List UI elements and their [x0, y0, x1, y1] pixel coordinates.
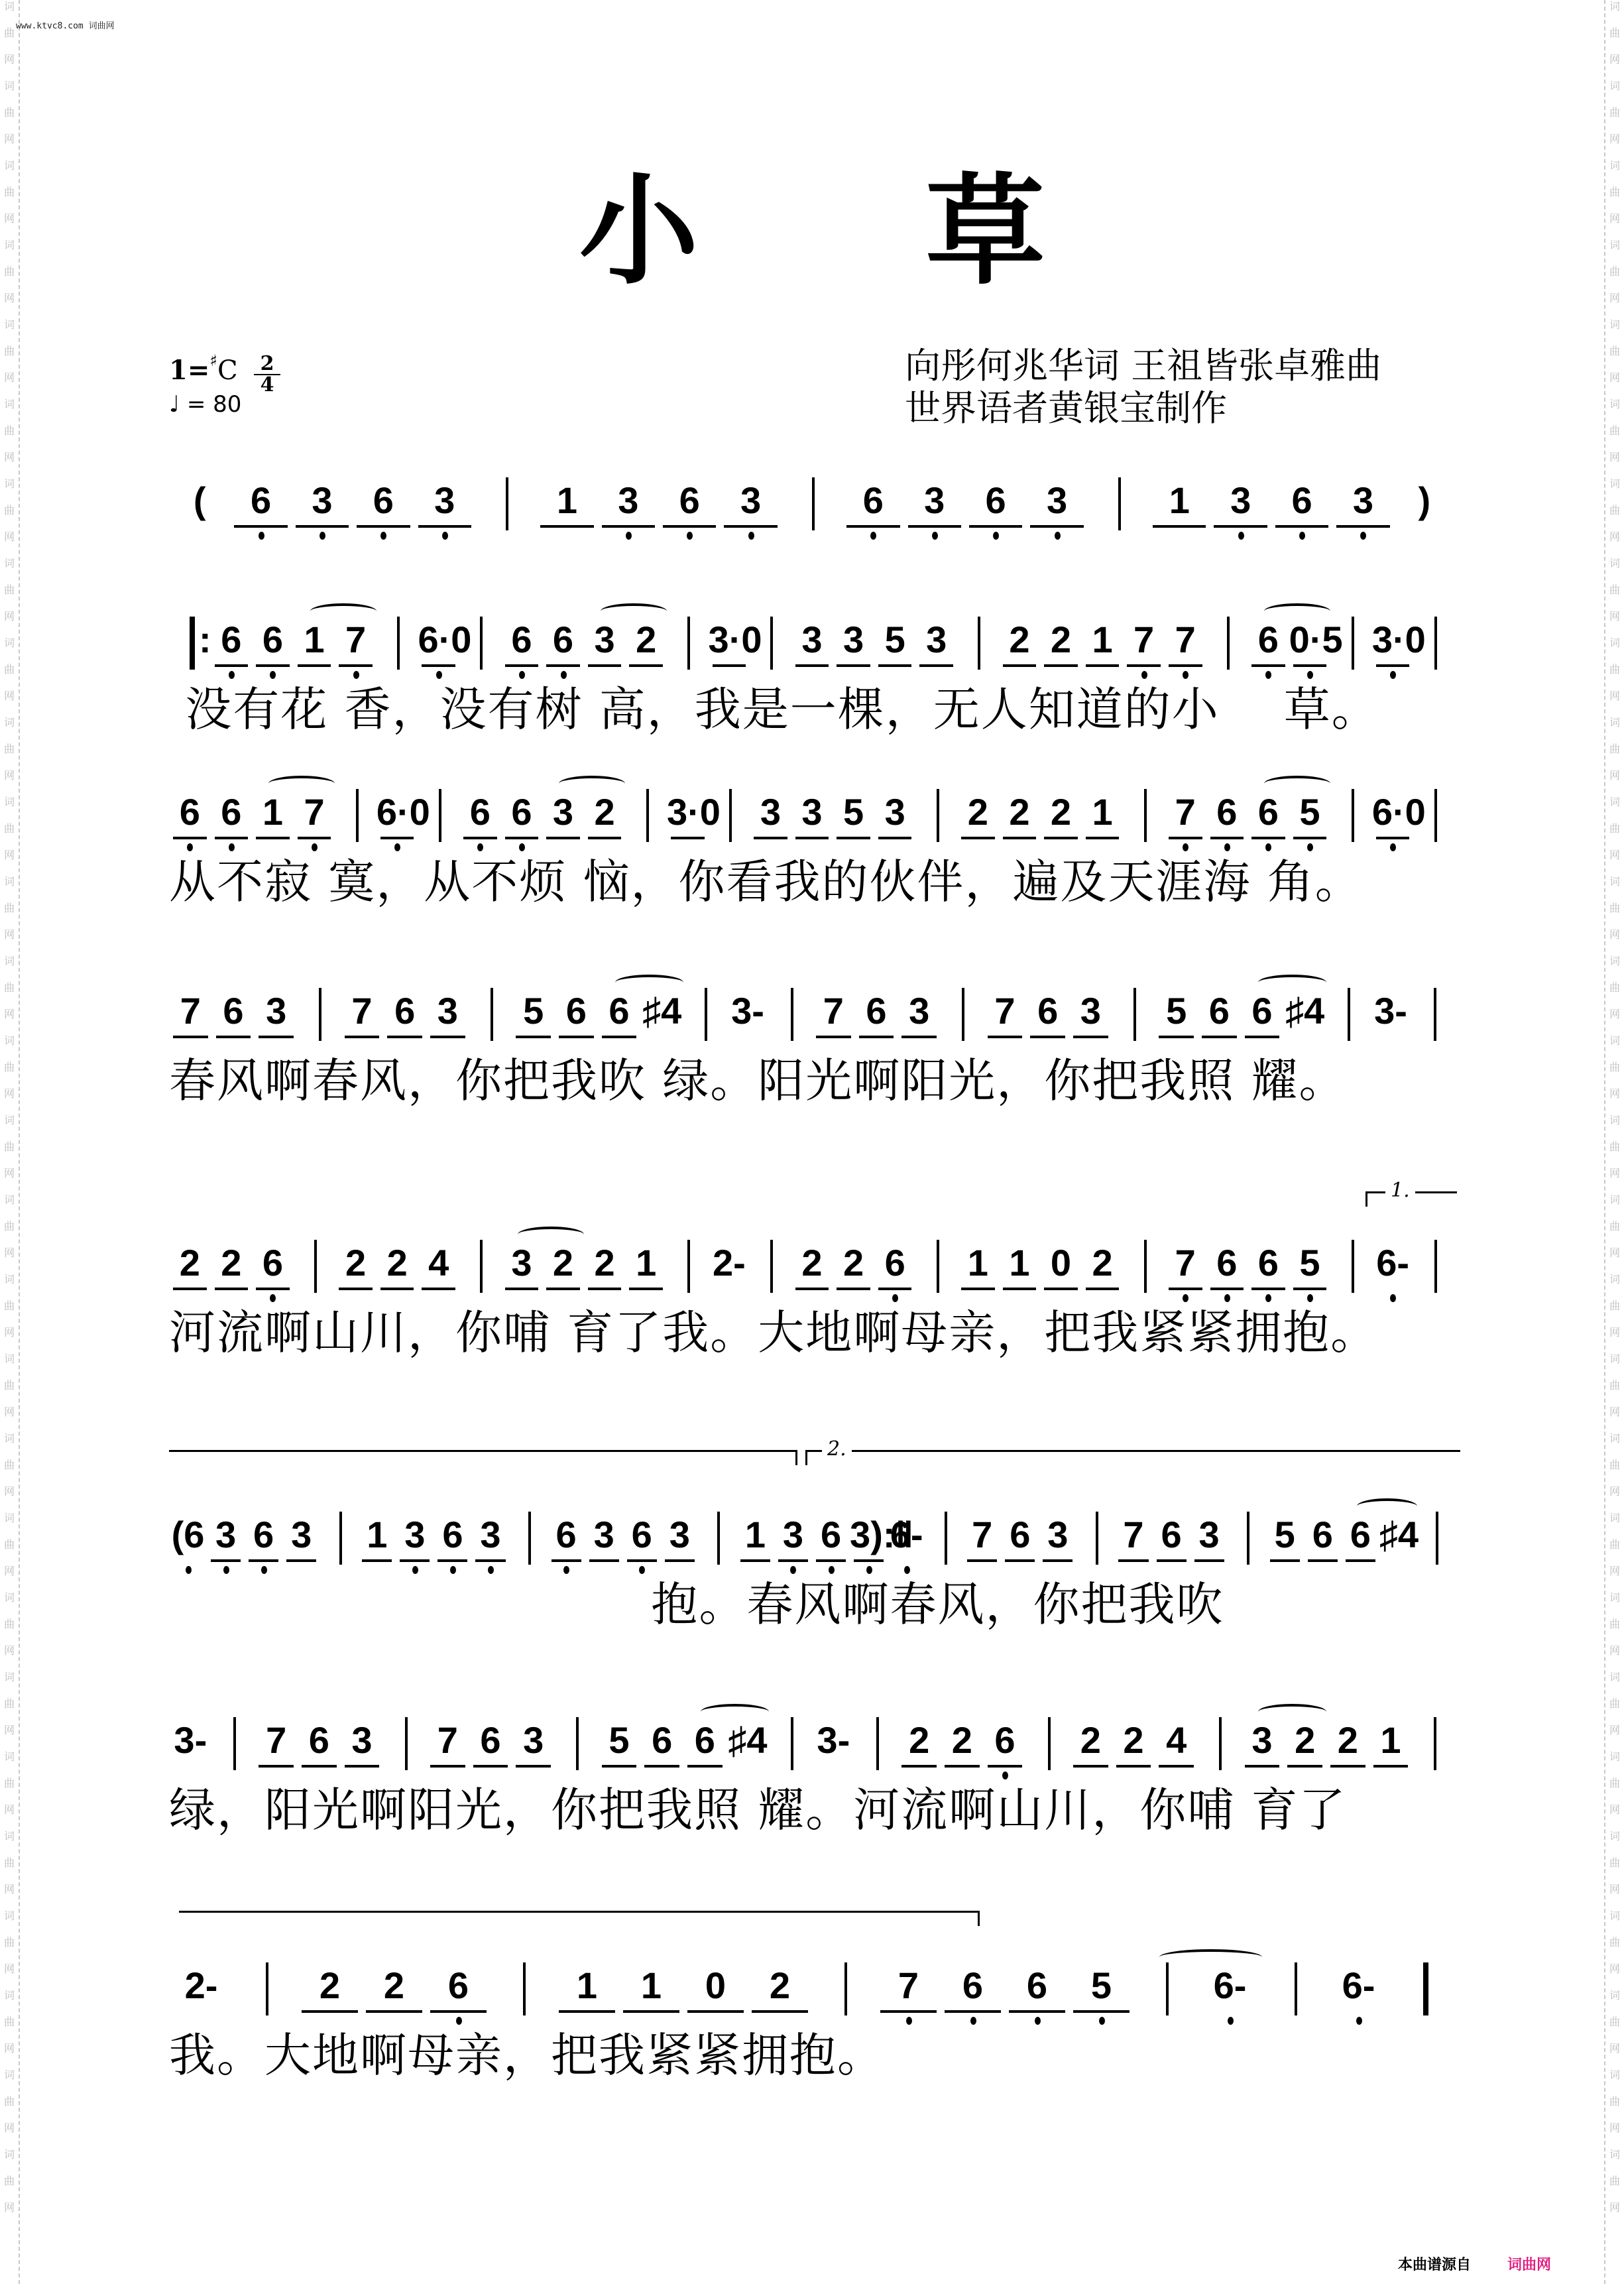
- lower-octave-dot: [1265, 671, 1271, 679]
- watermark-char: 词: [1605, 2069, 1624, 2081]
- barline: [1144, 789, 1147, 842]
- watermark-char: 曲: [0, 2015, 19, 2028]
- underline-beam: [1003, 837, 1037, 839]
- watermark-char: 网: [1605, 1803, 1624, 1816]
- left-watermark-column: 词曲网词曲网词曲网词曲网词曲网词曲网词曲网词曲网词曲网词曲网词曲网词曲网词曲网词…: [0, 0, 20, 2284]
- barline: [356, 789, 359, 842]
- underline-beam: [418, 525, 471, 528]
- barline: [233, 1717, 236, 1770]
- watermark-char: 网: [0, 1326, 19, 1339]
- note: 3: [414, 477, 475, 524]
- note: 1: [555, 1962, 619, 2009]
- lower-octave-dot: [687, 532, 693, 540]
- note: 7: [812, 988, 855, 1034]
- watermark-char: 网: [0, 1485, 19, 1498]
- watermark-char: 词: [1605, 1114, 1624, 1126]
- watermark-char: 词: [1605, 955, 1624, 967]
- note: 7: [341, 988, 384, 1034]
- note: 0·5: [1289, 617, 1331, 663]
- underline-beam: [1005, 1559, 1035, 1562]
- note: 1: [999, 1240, 1041, 1286]
- watermark-char: 曲: [1605, 1061, 1624, 1073]
- underline-beam: [345, 1036, 380, 1038]
- underline-beam: [627, 1559, 657, 1562]
- underline-beam: [173, 1036, 208, 1038]
- note: 6: [874, 1240, 916, 1286]
- watermark-char: 网: [1605, 1326, 1624, 1339]
- watermark-char: 曲: [1605, 743, 1624, 755]
- lower-octave-dot: [412, 1566, 418, 1574]
- underline-beam: [1373, 1765, 1409, 1768]
- note: 6: [353, 477, 414, 524]
- barline: [339, 1512, 342, 1565]
- note: 6: [548, 1512, 585, 1558]
- underline-beam: [551, 1559, 581, 1562]
- underline-beam: [286, 1559, 316, 1562]
- barline: [1219, 1717, 1222, 1770]
- underline-beam: [752, 2010, 808, 2013]
- note: 3-: [726, 988, 770, 1034]
- watermark-char: 网: [1605, 1167, 1624, 1179]
- underline-beam: [1159, 1765, 1194, 1768]
- watermark-char: 曲: [1605, 583, 1624, 596]
- underline-beam: [665, 1559, 695, 1562]
- note: 0: [1040, 1240, 1082, 1286]
- watermark-char: 曲: [1605, 345, 1624, 357]
- lyrics-line-verse2: 从不寂 寞，从不烦 恼，你看我的伙伴，遍及天涯海 角。: [169, 855, 1363, 908]
- score-line-chorus1: 763763566♯43-763763566♯43-: [169, 988, 1455, 1048]
- watermark-char: 曲: [0, 2175, 19, 2187]
- underline-beam: [1003, 664, 1037, 667]
- lower-octave-dot: [1183, 671, 1189, 679]
- watermark-char: 词: [1605, 1909, 1624, 1922]
- note: 3: [1241, 1717, 1284, 1764]
- lower-octave-dot: [870, 532, 876, 540]
- underline-beam: [1293, 837, 1327, 839]
- note: 2: [1040, 789, 1082, 835]
- watermark-char: 网: [1605, 530, 1624, 543]
- note: 5: [874, 617, 916, 663]
- note: 6: [1206, 789, 1248, 835]
- lower-octave-dot: [450, 1566, 456, 1574]
- watermark-char: 词: [0, 1830, 19, 1842]
- underline-beam: [1293, 664, 1327, 667]
- watermark-char: 网: [1605, 2201, 1624, 2214]
- watermark-char: 网: [0, 1724, 19, 1736]
- barline: [397, 617, 400, 670]
- score-line-ending: 2-226110276656-6-: [169, 1962, 1455, 2022]
- watermark-char: 曲: [1605, 1618, 1624, 1630]
- note: 7: [876, 1962, 941, 2009]
- underline-beam: [1194, 1559, 1224, 1562]
- note: 6: [252, 1240, 294, 1286]
- underline-beam: [259, 1036, 294, 1038]
- watermark-char: 网: [1605, 1485, 1624, 1498]
- underline-beam: [339, 1288, 373, 1290]
- note: 3: [501, 1240, 543, 1286]
- watermark-char: 曲: [1605, 424, 1624, 437]
- note: 6-: [1198, 1962, 1262, 2009]
- watermark-char: 网: [1605, 1008, 1624, 1020]
- underline-beam: [1270, 1559, 1300, 1562]
- lower-octave-dot: [1141, 671, 1147, 679]
- underline-beam: [967, 1559, 997, 1562]
- underline-beam: [945, 2010, 1001, 2013]
- underline-beam: [559, 1036, 594, 1038]
- underline-beam: [754, 837, 787, 839]
- note: 3: [774, 1512, 812, 1558]
- barline: [646, 789, 649, 842]
- note: 1: [1082, 789, 1124, 835]
- note: 6: [1342, 1512, 1379, 1558]
- watermark-char: 网: [0, 1406, 19, 1418]
- barline: [266, 1962, 268, 2015]
- watermark-char: 词: [1605, 1034, 1624, 1047]
- lower-octave-dot: [477, 843, 483, 851]
- note: 3-: [169, 1717, 212, 1764]
- underline-beam: [1214, 525, 1267, 528]
- underline-beam: [345, 1765, 380, 1768]
- volta-2-bracket: [805, 1450, 1460, 1465]
- underline-beam: [215, 664, 249, 667]
- underline-beam: [629, 1288, 663, 1290]
- watermark-char: 词: [1605, 1671, 1624, 1683]
- underline-beam: [505, 1288, 539, 1290]
- watermark-char: 曲: [0, 1697, 19, 1710]
- note: 7: [1165, 1240, 1206, 1286]
- watermark-char: 网: [0, 769, 19, 782]
- lower-octave-dot: [1265, 1294, 1271, 1302]
- underline-beam: [380, 837, 414, 839]
- watermark-char: 词: [1605, 716, 1624, 729]
- barline: [405, 1717, 408, 1770]
- note: 3: [598, 477, 659, 524]
- barline: [717, 1512, 720, 1565]
- watermark-char: 曲: [1605, 1856, 1624, 1869]
- note: 6-: [1326, 1962, 1391, 2009]
- underline-beam: [216, 1036, 251, 1038]
- producer: 世界语者黄银宝制作: [905, 387, 1381, 430]
- barline: [1352, 1240, 1354, 1293]
- watermark-char: 网: [0, 849, 19, 861]
- watermark-char: 网: [0, 690, 19, 702]
- lower-octave-dot: [394, 843, 400, 851]
- underline-beam: [380, 1288, 414, 1290]
- note: 6: [211, 789, 253, 835]
- barline: [1352, 617, 1354, 670]
- underline-beam: [1308, 1559, 1338, 1562]
- note: 5: [1289, 789, 1331, 835]
- underline-beam: [713, 664, 746, 667]
- watermark-char: 网: [0, 1883, 19, 1895]
- watermark-char: 曲: [0, 902, 19, 914]
- note: 3·0: [667, 789, 709, 835]
- lower-octave-dot: [1390, 671, 1396, 679]
- watermark-char: 曲: [1605, 2175, 1624, 2187]
- note: 3: [874, 789, 916, 835]
- lower-octave-dot: [1002, 1772, 1008, 1779]
- watermark-char: 曲: [1605, 2015, 1624, 2028]
- note: ♯4: [1283, 988, 1326, 1034]
- note: (6: [169, 1512, 207, 1558]
- note: 6-: [888, 1512, 925, 1558]
- underline-beam: [1044, 837, 1078, 839]
- underline-beam: [473, 1765, 508, 1768]
- underline-beam: [1245, 1036, 1280, 1038]
- watermark-char: 曲: [0, 1777, 19, 1789]
- underline-beam: [559, 2010, 615, 2013]
- note: 3: [915, 617, 957, 663]
- underline-beam: [298, 664, 331, 667]
- note: ): [1394, 477, 1455, 524]
- watermark-char: 网: [0, 1167, 19, 1179]
- lower-octave-dot: [1307, 1294, 1313, 1302]
- underline-beam: [173, 837, 207, 839]
- watermark-char: 网: [0, 1246, 19, 1259]
- underline-beam: [339, 664, 373, 667]
- note: 6: [1247, 1240, 1289, 1286]
- underline-beam: [778, 1559, 808, 1562]
- note: 2: [999, 789, 1041, 835]
- underline-beam: [1044, 1288, 1078, 1290]
- barline: [314, 1240, 317, 1293]
- watermark-char: 网: [1605, 610, 1624, 623]
- barline: [1434, 1240, 1437, 1293]
- watermark-char: 网: [0, 530, 19, 543]
- watermark-char: 词: [0, 636, 19, 649]
- barline: [1227, 617, 1230, 670]
- barline: [506, 477, 508, 530]
- barline: [576, 1717, 579, 1770]
- note: 3: [512, 1717, 555, 1764]
- slur: [268, 776, 335, 792]
- watermark-char: 网: [1605, 1087, 1624, 1100]
- lower-octave-dot: [436, 671, 442, 679]
- note: 6·0: [418, 617, 459, 663]
- watermark-char: 曲: [1605, 902, 1624, 914]
- watermark-char: 词: [0, 80, 19, 92]
- underline-beam: [1251, 837, 1285, 839]
- note: 6: [1241, 988, 1284, 1034]
- lower-octave-dot: [312, 843, 318, 851]
- barline: [439, 789, 441, 842]
- note: 2: [1069, 1717, 1112, 1764]
- note: 4: [418, 1240, 459, 1286]
- underline-beam: [1030, 1036, 1065, 1038]
- watermark-char: 网: [1605, 451, 1624, 463]
- lyrics-line-chorus2: 河流啊山川，你哺 育了我。大地啊母亲，把我紧紧拥抱。: [169, 1306, 1378, 1359]
- watermark-char: 网: [1605, 53, 1624, 66]
- note: 3: [585, 1512, 623, 1558]
- watermark-char: 曲: [0, 822, 19, 835]
- lower-octave-dot: [829, 1566, 835, 1574]
- lower-octave-dot: [1307, 671, 1313, 679]
- barline: [1048, 1717, 1051, 1770]
- barline: [1295, 1962, 1297, 2015]
- note: 2: [941, 1717, 984, 1764]
- volta-1-label: 1.: [1385, 1179, 1415, 1202]
- slur: [1357, 1498, 1417, 1514]
- watermark-char: 词: [1605, 875, 1624, 888]
- watermark-char: 词: [1605, 1352, 1624, 1365]
- lower-octave-dot: [1183, 843, 1189, 851]
- lower-octave-dot: [456, 2017, 462, 2025]
- underline-beam: [623, 2010, 679, 2013]
- note: 6: [245, 1512, 282, 1558]
- lower-octave-dot: [790, 1566, 796, 1574]
- lyrics-line-verse1: 没有花 香，没有树 高，我是一棵，无人知道的小 草。: [169, 683, 1379, 736]
- watermark-char: 词: [0, 1989, 19, 2002]
- lower-octave-dot: [442, 532, 448, 540]
- note: 6: [211, 617, 253, 663]
- note: 6: [941, 1962, 1005, 2009]
- barline: [1423, 1962, 1428, 2015]
- tempo-marking: ♩ = 80: [169, 391, 241, 418]
- lower-octave-dot: [1035, 2017, 1041, 2025]
- note: 2: [833, 1240, 874, 1286]
- note: 6: [1247, 617, 1289, 663]
- lower-octave-dot: [904, 1566, 910, 1574]
- underline-beam: [1210, 1288, 1244, 1290]
- underline-beam: [1169, 837, 1202, 839]
- note: 5: [512, 988, 555, 1034]
- slur: [701, 1704, 769, 1720]
- underline-beam: [437, 1559, 467, 1562]
- barline: [190, 617, 195, 670]
- barline: [1352, 789, 1354, 842]
- underline-beam: [1086, 1288, 1120, 1290]
- watermark-char: 网: [1605, 371, 1624, 384]
- lower-octave-dot: [1390, 843, 1396, 851]
- note: 1: [736, 1512, 774, 1558]
- watermark-char: 曲: [0, 743, 19, 755]
- watermark-char: 网: [1605, 849, 1624, 861]
- note: 6: [1026, 988, 1069, 1034]
- underline-beam: [1073, 1765, 1108, 1768]
- note: 3: [1332, 477, 1393, 524]
- note: 2-: [169, 1962, 233, 2009]
- watermark-char: 网: [1605, 1406, 1624, 1418]
- note: 6: [383, 988, 426, 1034]
- slur: [601, 603, 667, 619]
- lower-octave-dot: [906, 2017, 912, 2025]
- underline-beam: [1346, 1559, 1375, 1562]
- watermark-char: 词: [1605, 1193, 1624, 1206]
- barline: [876, 1717, 879, 1770]
- note: 0: [683, 1962, 748, 2009]
- watermark-char: 词: [1605, 1512, 1624, 1524]
- watermark-char: 网: [1605, 1883, 1624, 1895]
- note: 7: [169, 988, 212, 1034]
- underline-beam: [908, 525, 961, 528]
- underline-beam: [546, 1288, 580, 1290]
- brand-link[interactable]: 词曲网: [1507, 2257, 1551, 2273]
- underline-beam: [1073, 1036, 1108, 1038]
- watermark-char: 网: [0, 1803, 19, 1816]
- note: 6: [984, 1717, 1027, 1764]
- lower-octave-dot: [229, 843, 235, 851]
- note: 6: [434, 1512, 471, 1558]
- note: 2: [625, 617, 667, 663]
- underline-beam: [878, 664, 912, 667]
- underline-beam: [505, 837, 539, 839]
- barline: [687, 617, 690, 670]
- note: 3: [282, 1512, 320, 1558]
- key-signature: 1=♯C: [169, 355, 238, 386]
- underline-beam: [1251, 1288, 1285, 1290]
- underline-beam: [1030, 525, 1083, 528]
- underline-beam: [602, 1036, 637, 1038]
- underline-beam: [516, 1036, 551, 1038]
- underline-beam: [859, 1036, 894, 1038]
- watermark-char: 词: [1605, 80, 1624, 92]
- note: 6: [842, 477, 903, 524]
- note: 3: [898, 988, 941, 1034]
- note: 7: [294, 789, 335, 835]
- note: 3: [471, 1512, 509, 1558]
- note: 2: [169, 1240, 211, 1286]
- note: 7: [335, 617, 377, 663]
- watermark-char: 曲: [1605, 106, 1624, 119]
- note: 3·0: [1372, 617, 1414, 663]
- underline-beam: [1275, 525, 1328, 528]
- note: 3: [584, 617, 626, 663]
- lower-octave-dot: [186, 1566, 192, 1574]
- underline-beam: [1210, 837, 1244, 839]
- watermark-char: 词: [1605, 636, 1624, 649]
- note: 6: [855, 988, 898, 1034]
- slur: [1159, 1949, 1262, 1965]
- underline-beam: [400, 1559, 430, 1562]
- lower-octave-dot: [748, 532, 754, 540]
- watermark-char: 网: [1605, 1565, 1624, 1577]
- note: 6: [1271, 477, 1332, 524]
- lower-octave-dot: [519, 671, 525, 679]
- lower-octave-dot: [866, 1566, 872, 1574]
- watermark-char: 曲: [0, 1618, 19, 1630]
- note: 2: [584, 1240, 626, 1286]
- barline: [1247, 1512, 1249, 1565]
- note: 6: [542, 617, 584, 663]
- note: ♯4: [640, 988, 683, 1034]
- watermark-char: 词: [1605, 398, 1624, 410]
- note: 6: [965, 477, 1026, 524]
- note: 6: [1206, 1240, 1248, 1286]
- barline: [480, 1240, 483, 1293]
- slur: [518, 1227, 584, 1242]
- note: 6: [501, 617, 543, 663]
- underline-beam: [302, 1765, 337, 1768]
- watermark-char: 词: [0, 477, 19, 490]
- watermark-char: 词: [0, 1352, 19, 1365]
- note: 6: [1198, 988, 1241, 1034]
- barline: [791, 1717, 793, 1770]
- note: 2: [211, 1240, 253, 1286]
- underline-beam: [901, 1765, 937, 1768]
- watermark-char: 网: [0, 1008, 19, 1020]
- lyricist-composer: 向彤何兆华词 王祖皆张卓雅曲: [905, 345, 1381, 387]
- watermark-char: 词: [1605, 557, 1624, 570]
- watermark-char: 曲: [0, 1856, 19, 1869]
- underline-beam: [969, 525, 1022, 528]
- slur: [615, 975, 683, 991]
- note: 6: [659, 477, 720, 524]
- lower-octave-dot: [1265, 843, 1271, 851]
- watermark-char: 曲: [0, 345, 19, 357]
- watermark-char: 曲: [0, 1220, 19, 1232]
- lower-octave-dot: [261, 1566, 267, 1574]
- underline-beam: [296, 525, 349, 528]
